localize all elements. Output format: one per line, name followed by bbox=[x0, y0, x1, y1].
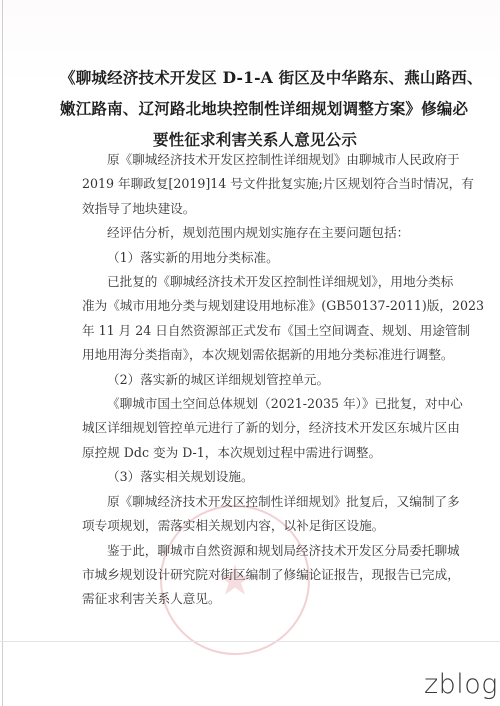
text-line: （3）落实相关规划设施。 bbox=[82, 465, 432, 489]
text-line: 准为《城市用地分类与规划建设用地标准》(GB50137-2011)版，2023 bbox=[82, 294, 432, 318]
text-line: 用地用海分类指南》，本次规划需依据新的用地分类标准进行调整。 bbox=[82, 343, 432, 367]
text-line: 2019 年聊政复[2019]14 号文件批复实施;片区规划符合当时情况，有 bbox=[82, 172, 432, 196]
paragraph-issue-1: 已批复的《聊城经济技术开发区控制性详细规划》，用地分类标 准为《城市用地分类与规… bbox=[82, 270, 432, 368]
text-line: 原《聊城经济技术开发区控制性详细规划》由聊城市人民政府于 bbox=[82, 148, 432, 172]
text-line: 原《聊城经济技术开发区控制性详细规划》批复后，又编制了多 bbox=[82, 490, 432, 514]
paragraph-background: 原《聊城经济技术开发区控制性详细规划》由聊城市人民政府于 2019 年聊政复[2… bbox=[82, 148, 432, 221]
text-line: （1）落实新的用地分类标准。 bbox=[82, 246, 432, 270]
heading-issue-2: （2）落实新的城区详细规划管控单元。 bbox=[82, 368, 432, 392]
text-line: 城区详细规划管控单元进行了新的划分，经济技术开发区东城片区由 bbox=[82, 416, 432, 440]
text-line: 已批复的《聊城经济技术开发区控制性详细规划》，用地分类标 bbox=[82, 270, 432, 294]
page-edge-line bbox=[2, 0, 3, 706]
text-line: 《聊城市国土空间总体规划（2021-2035 年）》已批复，对中心 bbox=[82, 392, 432, 416]
title-line-2: 嫩江路南、辽河路北地块控制性详细规划调整方案》修编必 bbox=[60, 93, 450, 124]
text-line: 效指导了地块建设。 bbox=[82, 197, 432, 221]
paragraph-conclusion: 鉴于此，聊城市自然资源和规划局经济技术开发区分局委托聊城 市城乡规划设计研究院对… bbox=[82, 539, 432, 612]
text-line: 经评估分析，规划范围内规划实施存在主要问题包括： bbox=[82, 221, 432, 245]
paragraph-issue-2: 《聊城市国土空间总体规划（2021-2035 年）》已批复，对中心 城区详细规划… bbox=[82, 392, 432, 465]
text-line: 项专项规划，需落实相关规划内容，以补足街区设施。 bbox=[82, 514, 432, 538]
paragraph-issue-3: 原《聊城经济技术开发区控制性详细规划》批复后，又编制了多 项专项规划，需落实相关… bbox=[82, 490, 432, 539]
text-line: 原控规 Ddc 变为 D-1，本次规划过程中需进行调整。 bbox=[82, 441, 432, 465]
document-title: 《聊城经济技术开发区 D-1-A 街区及中华路东、燕山路西、 嫩江路南、辽河路北… bbox=[60, 62, 450, 155]
title-line-1: 《聊城经济技术开发区 D-1-A 街区及中华路东、燕山路西、 bbox=[60, 62, 450, 93]
text-line: （2）落实新的城区详细规划管控单元。 bbox=[82, 368, 432, 392]
text-line: 市城乡规划设计研究院对街区编制了修编论证报告，现报告已完成， bbox=[82, 563, 432, 587]
document-page: ★ 《聊城经济技术开发区 D-1-A 街区及中华路东、燕山路西、 嫩江路南、辽河… bbox=[0, 0, 500, 706]
watermark-text: zblog bbox=[424, 669, 498, 700]
heading-issue-1: （1）落实新的用地分类标准。 bbox=[82, 246, 432, 270]
heading-issue-3: （3）落实相关规划设施。 bbox=[82, 465, 432, 489]
text-line: 鉴于此，聊城市自然资源和规划局经济技术开发区分局委托聊城 bbox=[82, 539, 432, 563]
text-line: 需征求利害关系人意见。 bbox=[82, 587, 432, 611]
document-body: 原《聊城经济技术开发区控制性详细规划》由聊城市人民政府于 2019 年聊政复[2… bbox=[82, 148, 432, 612]
text-line: 年 11 月 24 日自然资源部正式发布《国土空间调查、规划、用途管制 bbox=[82, 319, 432, 343]
page-fold-line bbox=[0, 641, 500, 642]
paragraph-issues-intro: 经评估分析，规划范围内规划实施存在主要问题包括： bbox=[82, 221, 432, 245]
